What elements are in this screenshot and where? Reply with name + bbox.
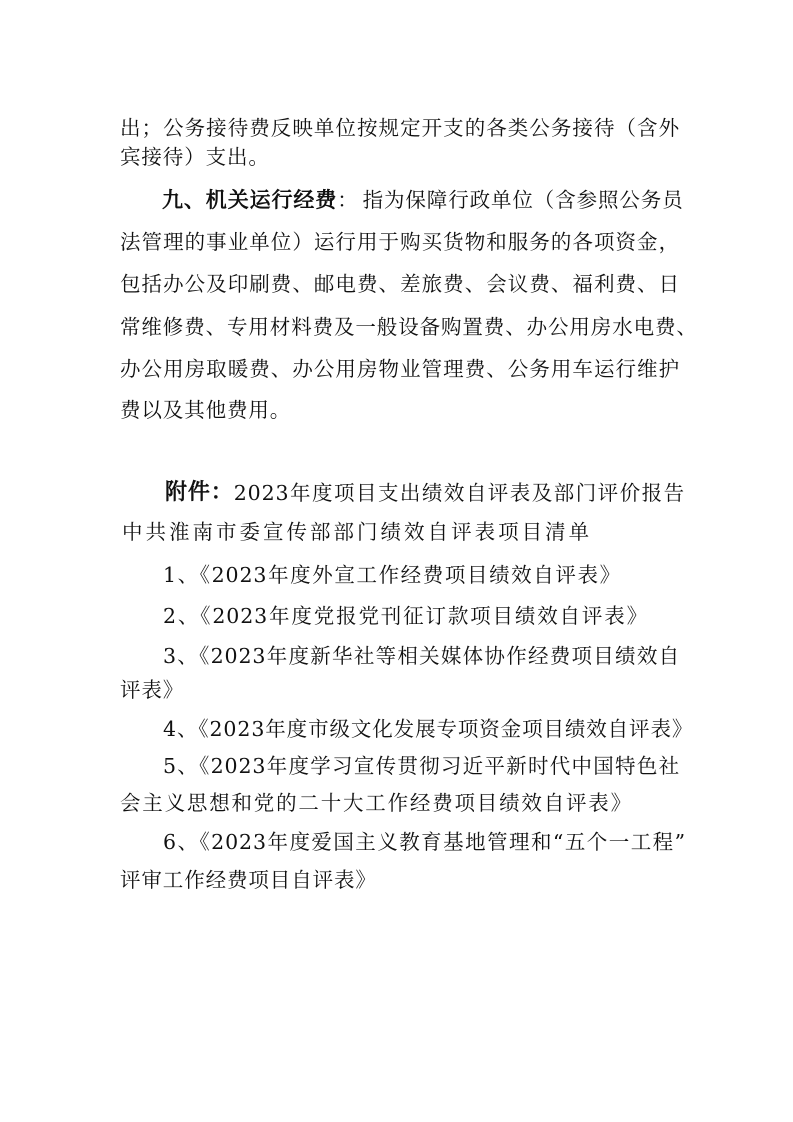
paragraph-line: 办公用房取暖费、办公用房物业管理费、公务用车运行维护 bbox=[120, 357, 680, 381]
attachment-item-6-cont: 评审工作经费项目自评表》 bbox=[120, 868, 376, 892]
attachment-item-3-cont: 评表》 bbox=[120, 678, 680, 702]
paragraph-line: 包括办公及印刷费、邮电费、差旅费、会议费、福利费、日 bbox=[120, 272, 680, 296]
paragraph-line: 常维修费、专用材料费及一般设备购置费、办公用房水电费、 bbox=[120, 315, 680, 339]
attachment-title: 2023年度项目支出绩效自评表及部门评价报告 bbox=[234, 481, 685, 505]
attachment-item-5-cont: 会主义思想和党的二十大工作经费项目绩效自评表》 bbox=[120, 791, 632, 815]
paragraph-line: 费以及其他费用。 bbox=[120, 398, 680, 422]
attachment-item-6: 6、《2023年度爱国主义教育基地管理和“五个一工程” bbox=[163, 830, 686, 854]
section-9-first-line: 九、机关运行经费： 指为保障行政单位（含参照公务员 bbox=[162, 188, 680, 212]
attachment-item-4: 4、《2023年度市级文化发展专项资金项目绩效自评表》 bbox=[163, 717, 690, 741]
attachment-item-1: 1、《2023年度外宣工作经费项目绩效自评表》 bbox=[163, 563, 621, 587]
attachment-item-2: 2、《2023年度党报党刊征订款项目绩效自评表》 bbox=[163, 604, 648, 628]
section-heading: 九、机关运行经费 bbox=[162, 188, 337, 212]
attachment-subtitle: 中共淮南市委宣传部部门绩效自评表项目清单 bbox=[122, 520, 590, 544]
paragraph-line: 出；公务接待费反映单位按规定开支的各类公务接待（含外 bbox=[120, 116, 680, 140]
section-9-heading-group: 九、机关运行经费： bbox=[162, 188, 359, 212]
attachment-item-5: 5、《2023年度学习宣传贯彻习近平新时代中国特色社 bbox=[163, 754, 680, 778]
document-page: 出；公务接待费反映单位按规定开支的各类公务接待（含外 宾接待）支出。 九、机关运… bbox=[0, 0, 793, 1122]
paragraph-text: 指为保障行政单位（含参照公务员 bbox=[363, 188, 684, 212]
attachment-label: 附件： bbox=[165, 481, 234, 505]
paragraph-line: 法管理的事业单位）运行用于购买货物和服务的各项资金， bbox=[120, 230, 680, 254]
paragraph-line: 宾接待）支出。 bbox=[120, 145, 680, 169]
attachment-item-3: 3、《2023年度新华社等相关媒体协作经费项目绩效自 bbox=[163, 644, 680, 668]
attachment-title-line: 附件： 2023年度项目支出绩效自评表及部门评价报告 bbox=[165, 481, 685, 505]
heading-colon: ： bbox=[337, 188, 358, 212]
